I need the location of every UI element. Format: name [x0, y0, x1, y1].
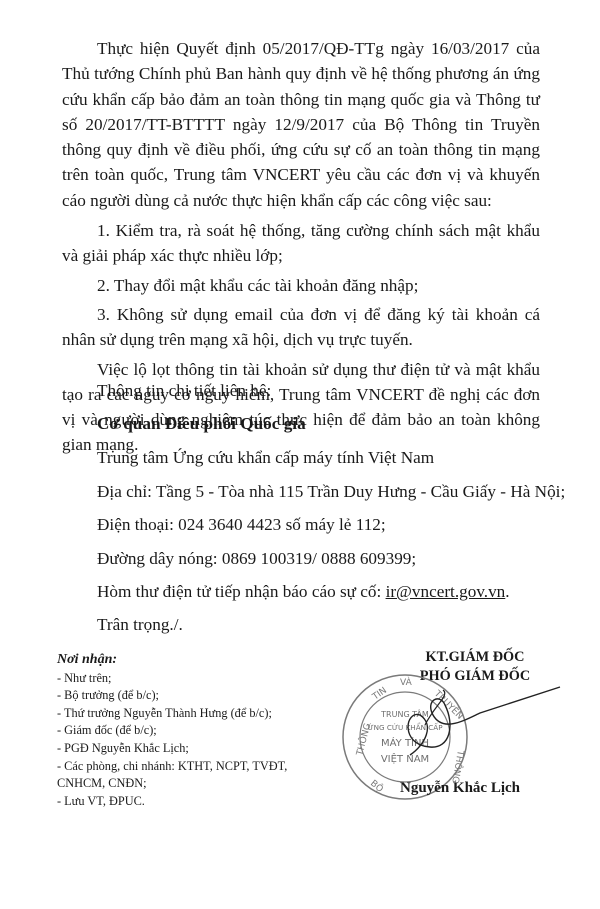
- email-link[interactable]: ir@vncert.gov.vn: [386, 582, 506, 601]
- recipient-item: - PGĐ Nguyễn Khắc Lịch;: [57, 740, 337, 758]
- recipient-item: CNHCM, CNĐN;: [57, 775, 337, 793]
- recipients-title: Nơi nhận:: [57, 651, 337, 669]
- recipients-list: Nơi nhận: - Như trên; - Bộ trưởng (để b/…: [57, 651, 337, 810]
- recipient-item: - Các phòng, chi nhánh: KTHT, NCPT, TVĐT…: [57, 758, 337, 776]
- svg-text:BỘ: BỘ: [368, 777, 386, 795]
- svg-text:TIN: TIN: [370, 686, 389, 703]
- action-item-2: 2. Thay đổi mật khẩu các tài khoản đăng …: [62, 273, 540, 298]
- recipient-item: - Lưu VT, ĐPUC.: [57, 793, 337, 811]
- email-line: Hòm thư điện tử tiếp nhận báo cáo sự cố:…: [97, 582, 510, 602]
- recipient-item: - Thứ trưởng Nguyễn Thành Hưng (để b/c);: [57, 705, 337, 723]
- action-item-3: 3. Không sử dụng email của đơn vị để đăn…: [62, 302, 540, 353]
- recipient-item: - Như trên;: [57, 670, 337, 688]
- signature-icon: [405, 685, 565, 765]
- signer-name: Nguyễn Khắc Lịch: [400, 780, 520, 797]
- address: Địa chỉ: Tầng 5 - Tòa nhà 115 Trần Duy H…: [97, 482, 565, 502]
- contact-intro: Thông tin chi tiết liên hệ:: [97, 381, 271, 401]
- hotline: Đường dây nóng: 0869 100319/ 0888 609399…: [97, 549, 416, 569]
- email-suffix: .: [505, 582, 509, 601]
- agency-name: Cơ quan Điều phối Quốc gia: [97, 414, 306, 434]
- letter-page: Thực hiện Quyết định 05/2017/QĐ-TTg ngày…: [0, 0, 600, 909]
- intro-paragraph: Thực hiện Quyết định 05/2017/QĐ-TTg ngày…: [62, 36, 540, 213]
- email-label: Hòm thư điện tử tiếp nhận báo cáo sự cố:: [97, 582, 386, 601]
- warning-paragraph: Việc lộ lọt thông tin tài khoản sử dụng …: [62, 357, 540, 458]
- signer-title-line1: KT.GIÁM ĐỐC: [380, 648, 570, 667]
- center-name: Trung tâm Ứng cứu khẩn cấp máy tính Việt…: [97, 448, 434, 468]
- action-item-1: 1. Kiểm tra, rà soát hệ thống, tăng cườn…: [62, 218, 540, 269]
- phone: Điện thoại: 024 3640 4423 số máy lẻ 112;: [97, 515, 386, 535]
- recipient-item: - Bộ trưởng (để b/c);: [57, 687, 337, 705]
- recipient-item: - Giám đốc (để b/c);: [57, 722, 337, 740]
- closing: Trân trọng./.: [97, 615, 183, 635]
